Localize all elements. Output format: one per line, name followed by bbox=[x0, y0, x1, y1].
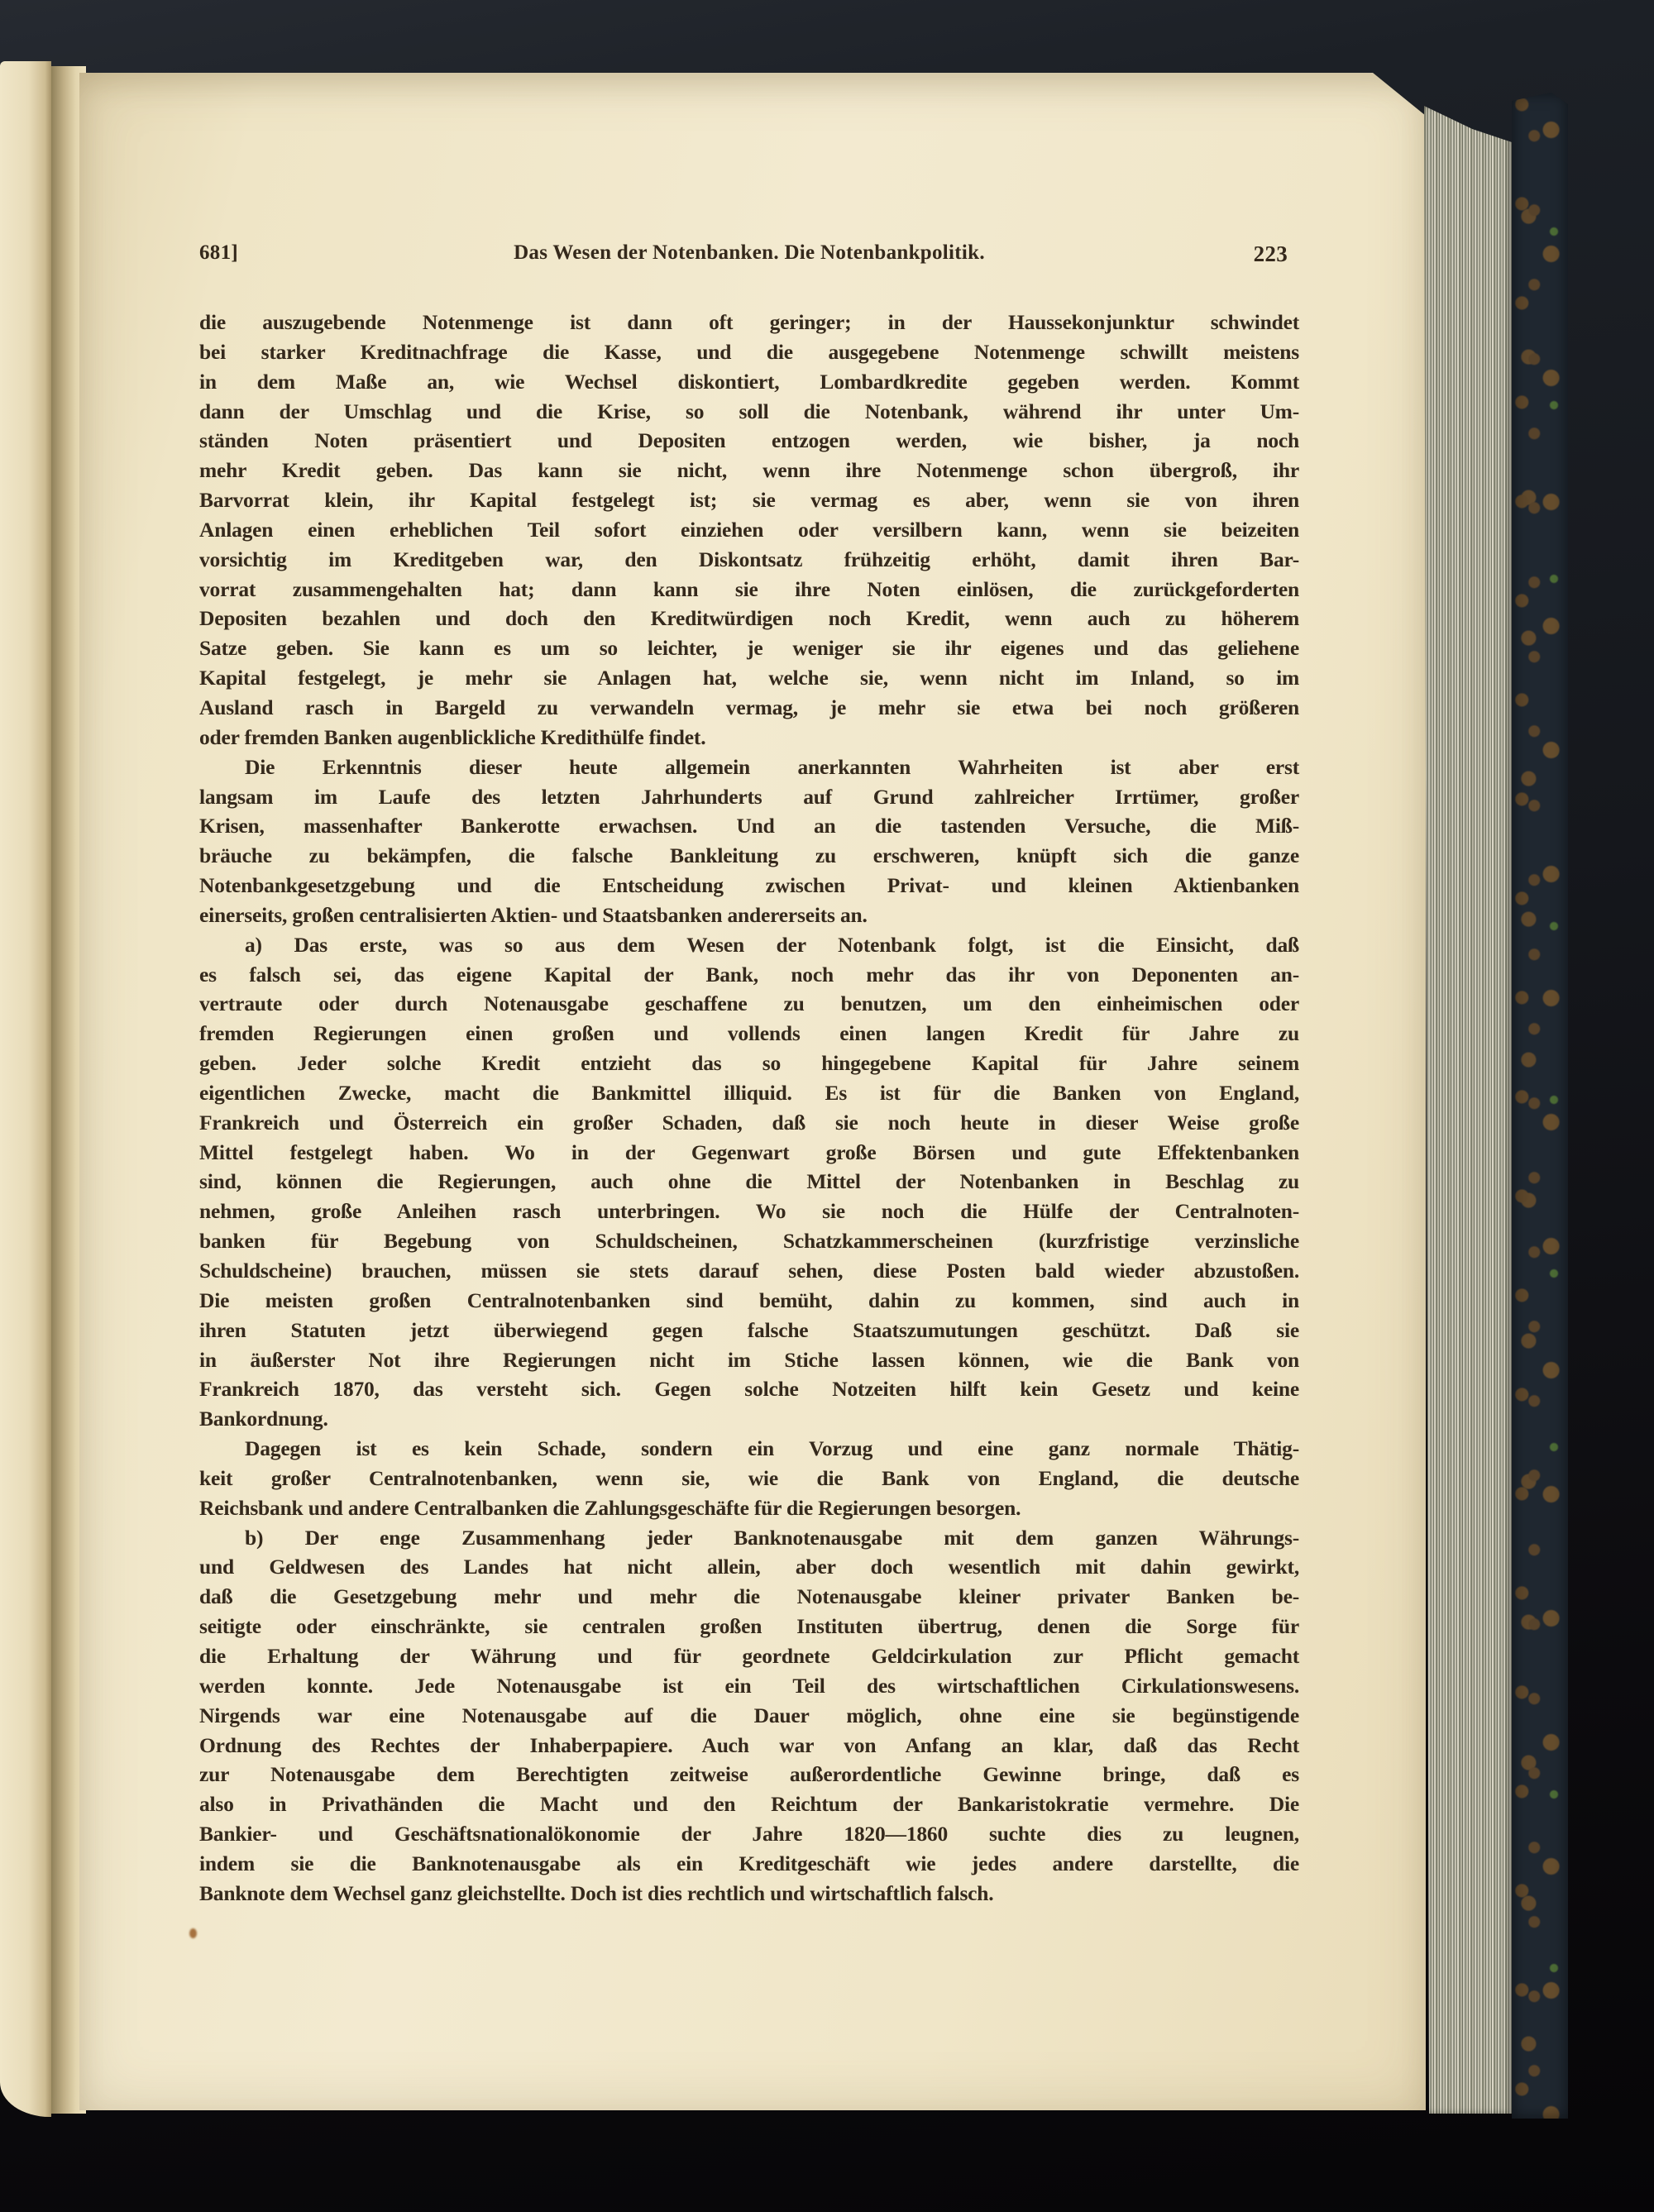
text-line: a) Das erste, was so aus dem Wesen der N… bbox=[199, 930, 1299, 960]
text-line: vorsichtig im Kreditgeben war, den Disko… bbox=[199, 545, 1299, 575]
text-line: Depositen bezahlen und doch den Kreditwü… bbox=[199, 604, 1299, 633]
text-line: daß die Gesetzgebung mehr und mehr die N… bbox=[199, 1582, 1299, 1612]
text-line: mehr Kredit geben. Das kann sie nicht, w… bbox=[199, 456, 1299, 485]
page-content: 681] Das Wesen der Notenbanken. Die Note… bbox=[199, 73, 1299, 2110]
text-line: und Geldwesen des Landes hat nicht allei… bbox=[199, 1552, 1299, 1582]
text-line: dann der Umschlag und die Krise, so soll… bbox=[199, 397, 1299, 427]
text-line: geben. Jeder solche Kredit entzieht das … bbox=[199, 1049, 1299, 1078]
text-line: einerseits, großen centralisierten Aktie… bbox=[199, 901, 1299, 930]
text-line: es falsch sei, das eigene Kapital der Ba… bbox=[199, 960, 1299, 990]
paragraph: Dagegen ist es kein Schade, sondern ein … bbox=[199, 1434, 1299, 1523]
text-line: Anlagen einen erheblichen Teil sofort ei… bbox=[199, 515, 1299, 545]
book-page: 681] Das Wesen der Notenbanken. Die Note… bbox=[79, 73, 1426, 2110]
text-line: Bankier- und Geschäftsnationalökonomie d… bbox=[199, 1819, 1299, 1849]
text-line: vorrat zusammengehalten hat; dann kann s… bbox=[199, 575, 1299, 604]
text-line: bräuche zu bekämpfen, die falsche Bankle… bbox=[199, 841, 1299, 871]
text-line: banken für Begebung von Schuldscheinen, … bbox=[199, 1226, 1299, 1256]
text-line: Ausland rasch in Bargeld zu verwandeln v… bbox=[199, 693, 1299, 723]
text-line: b) Der enge Zusammenhang jeder Banknoten… bbox=[199, 1523, 1299, 1553]
text-line: zur Notenausgabe dem Berechtigten zeitwe… bbox=[199, 1760, 1299, 1789]
text-line: nehmen, große Anleihen rasch unterbringe… bbox=[199, 1197, 1299, 1226]
book-cover-edge bbox=[1512, 93, 1568, 2119]
text-line: Krisen, massenhafter Bankerotte erwachse… bbox=[199, 811, 1299, 841]
text-line: Frankreich und Österreich ein großer Sch… bbox=[199, 1108, 1299, 1138]
text-line: Barvorrat klein, ihr Kapital festgelegt … bbox=[199, 485, 1299, 515]
text-line: Bankordnung. bbox=[199, 1404, 1299, 1434]
text-line: Banknote dem Wechsel ganz gleichstellte.… bbox=[199, 1879, 1299, 1909]
text-line: vertraute oder durch Notenausgabe gescha… bbox=[199, 989, 1299, 1019]
book: 681] Das Wesen der Notenbanken. Die Note… bbox=[0, 0, 1654, 2212]
page-header: 681] Das Wesen der Notenbanken. Die Note… bbox=[199, 241, 1299, 271]
paragraph: die auszugebende Notenmenge ist dann oft… bbox=[199, 308, 1299, 752]
facing-page-edge bbox=[0, 61, 51, 2117]
paragraph: b) Der enge Zusammenhang jeder Banknoten… bbox=[199, 1523, 1299, 1909]
text-line: Nirgends war eine Notenausgabe auf die D… bbox=[199, 1701, 1299, 1731]
text-line: Schuldscheine) brauchen, müssen sie stet… bbox=[199, 1256, 1299, 1286]
text-line: eigentlichen Zwecke, macht die Bankmitte… bbox=[199, 1078, 1299, 1108]
fox-spot-stain bbox=[189, 1928, 197, 1938]
text-line: oder fremden Banken augenblickliche Kred… bbox=[199, 723, 1299, 752]
photo-background: { "header": { "signature": "681]", "titl… bbox=[0, 0, 1654, 2212]
text-line: Reichsbank und andere Centralbanken die … bbox=[199, 1493, 1299, 1523]
text-line: Die Erkenntnis dieser heute allgemein an… bbox=[199, 752, 1299, 782]
paragraph: a) Das erste, was so aus dem Wesen der N… bbox=[199, 930, 1299, 1434]
paragraph: Die Erkenntnis dieser heute allgemein an… bbox=[199, 752, 1299, 930]
text-line: Ordnung des Rechtes der Inhaberpapiere. … bbox=[199, 1731, 1299, 1761]
page-stack-fore-edge bbox=[1424, 106, 1512, 2114]
text-line: die auszugebende Notenmenge ist dann oft… bbox=[199, 308, 1299, 337]
text-line: langsam im Laufe des letzten Jahrhundert… bbox=[199, 782, 1299, 812]
text-line: Frankreich 1870, das versteht sich. Gege… bbox=[199, 1374, 1299, 1404]
text-line: in dem Maße an, wie Wechsel diskontiert,… bbox=[199, 367, 1299, 397]
text-line: sind, können die Regierungen, auch ohne … bbox=[199, 1167, 1299, 1197]
header-title: Das Wesen der Notenbanken. Die Notenbank… bbox=[199, 241, 1299, 265]
text-line: Mittel festgelegt haben. Wo in der Gegen… bbox=[199, 1138, 1299, 1168]
text-line: Dagegen ist es kein Schade, sondern ein … bbox=[199, 1434, 1299, 1464]
text-line: also in Privathänden die Macht und den R… bbox=[199, 1789, 1299, 1819]
text-line: Notenbankgesetzgebung und die Entscheidu… bbox=[199, 871, 1299, 901]
text-line: ihren Statuten jetzt überwiegend gegen f… bbox=[199, 1316, 1299, 1345]
text-line: keit großer Centralnotenbanken, wenn sie… bbox=[199, 1464, 1299, 1493]
text-line: indem sie die Banknotenausgabe als ein K… bbox=[199, 1849, 1299, 1879]
text-line: seitigte oder einschränkte, sie centrale… bbox=[199, 1612, 1299, 1641]
text-line: bei starker Kreditnachfrage die Kasse, u… bbox=[199, 337, 1299, 367]
text-line: Kapital festgelegt, je mehr sie Anlagen … bbox=[199, 663, 1299, 693]
text-line: ständen Noten präsentiert und Depositen … bbox=[199, 426, 1299, 456]
text-line: werden konnte. Jede Notenausgabe ist ein… bbox=[199, 1671, 1299, 1701]
text-line: in äußerster Not ihre Regierungen nicht … bbox=[199, 1345, 1299, 1375]
text-body: die auszugebende Notenmenge ist dann oft… bbox=[199, 308, 1299, 1909]
text-line: die Erhaltung der Währung und für geordn… bbox=[199, 1641, 1299, 1671]
text-line: Die meisten großen Centralnotenbanken si… bbox=[199, 1286, 1299, 1316]
text-line: fremden Regierungen einen großen und vol… bbox=[199, 1019, 1299, 1049]
header-page-number: 223 bbox=[1254, 241, 1288, 267]
text-line: Satze geben. Sie kann es um so leichter,… bbox=[199, 633, 1299, 663]
